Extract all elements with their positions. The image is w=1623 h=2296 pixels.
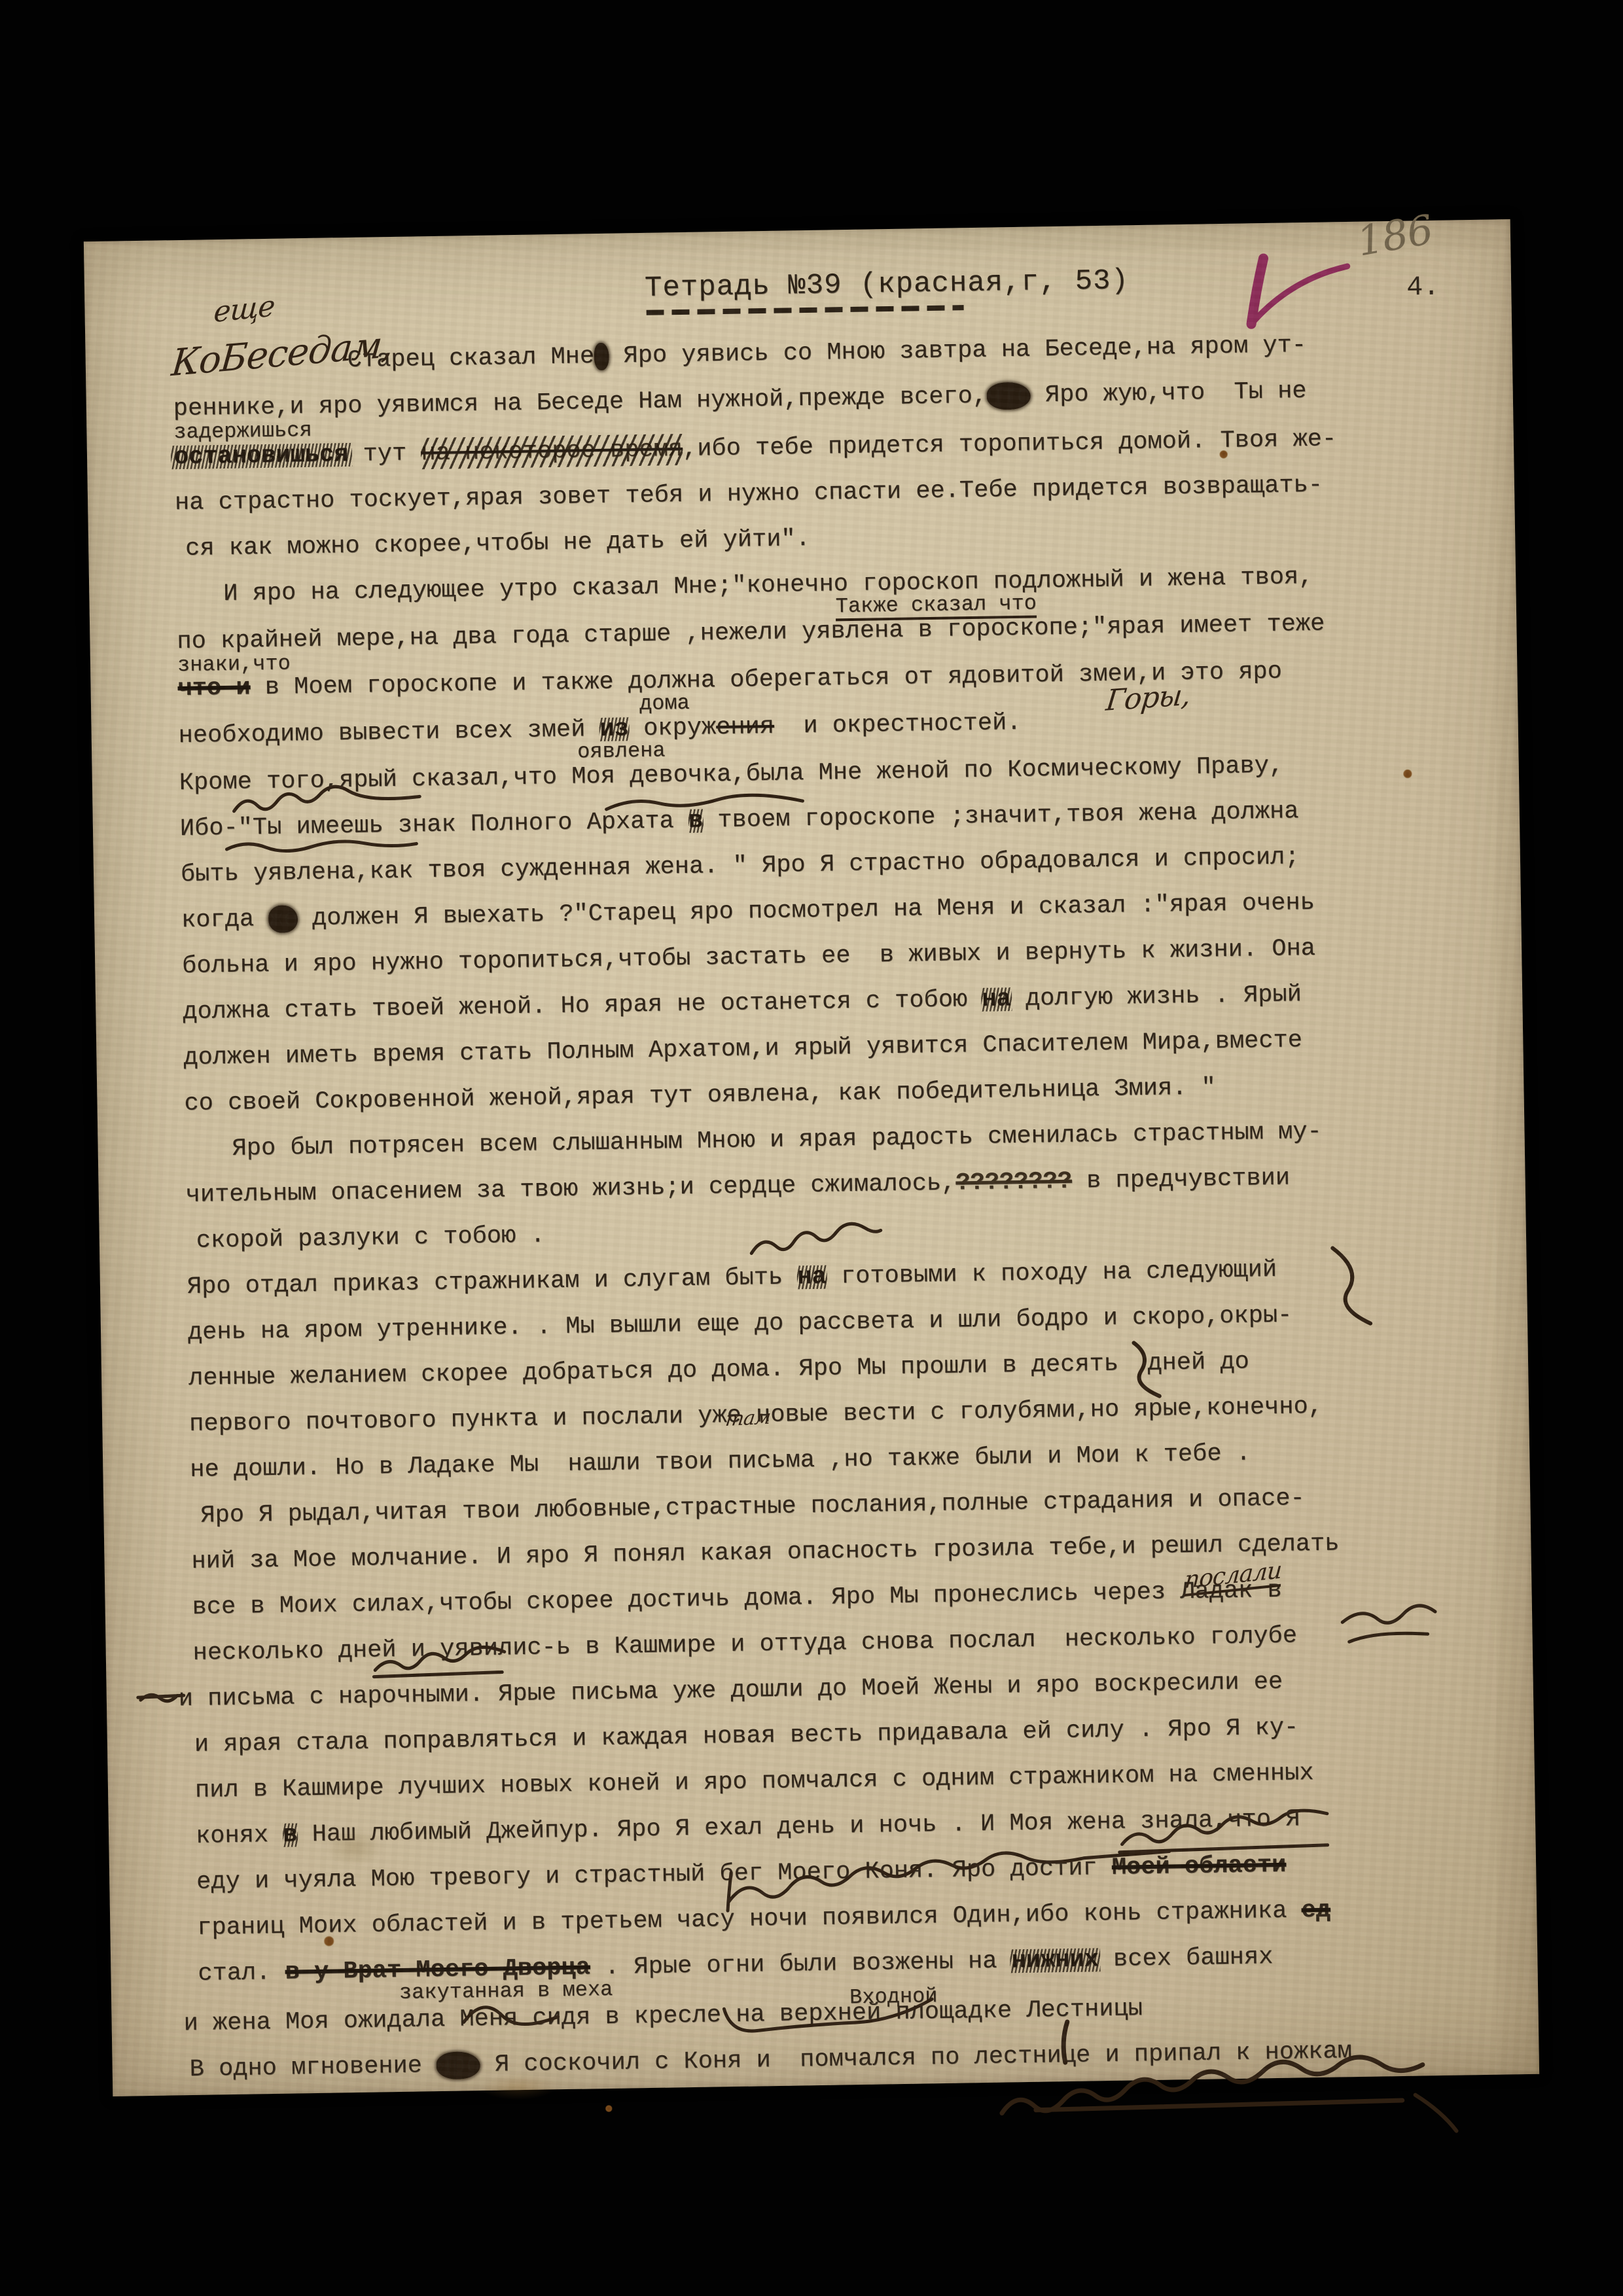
typed-line: чительным опасением за твою жизнь;и серд…	[186, 1167, 1291, 1209]
typed-text: стал.	[198, 1959, 285, 1988]
handwritten-scrawl	[723, 1861, 1215, 1915]
typed-text: должен Я выехать ?"Старец яро посмотрел …	[297, 889, 1315, 932]
typed-text: должна стать твоей женой. Но ярая не ост…	[183, 986, 982, 1026]
typed-text: И яро на следующее утро сказал Мне;"коне…	[223, 563, 1313, 608]
corrected-text: на	[797, 1263, 827, 1292]
handwritten-page-number: 186	[1353, 205, 1436, 266]
typed-line: и ярая стала поправляться и каждая новая…	[194, 1716, 1299, 1757]
typed-text: готовыми к походу на следующий	[827, 1256, 1277, 1291]
typed-text: конях	[196, 1822, 283, 1850]
typed-text: в предчувствии	[1072, 1165, 1291, 1195]
typed-line: несколько дней и уявилис-ь в Кашмире и о…	[192, 1624, 1297, 1666]
corrected-text: нижних	[1011, 1946, 1099, 1975]
typed-text: дома	[639, 691, 690, 716]
handwritten-notes-layer: ещеКоБеседам,Горы,тампослали	[84, 219, 1510, 241]
typed-text: Яро был потрясен всем слышанным Мною и я…	[232, 1118, 1322, 1163]
typed-text: не дошли. Но в Ладаке Мы нашли твои пись…	[190, 1440, 1251, 1484]
handwritten-scrawl	[720, 1992, 936, 2041]
ink-stain	[1403, 769, 1412, 779]
typed-line: задержишься	[173, 420, 312, 443]
typed-text: скорой разлуки с тобою .	[196, 1222, 545, 1254]
document-page: 186 4. Тетрадь №39 (красная,г, 53) Старе…	[84, 219, 1539, 2096]
typed-line: по крайней мере,на два года старше ,неже…	[177, 612, 1325, 655]
typed-text: по крайней мере,на два года старше ,неже…	[177, 610, 1325, 656]
typed-text: . Ярые огни были возжены на	[590, 1947, 1012, 1981]
corrected-text: ????????	[955, 1168, 1072, 1197]
handwritten-scrawl	[747, 1225, 885, 1261]
checkmark-icon	[1243, 249, 1356, 336]
typed-text: больна и яро нужно торопиться,чтобы заст…	[182, 935, 1315, 980]
typed-line: стал. в у Врат Моего Дворца . Ярые огни …	[198, 1945, 1273, 1987]
typed-line: Яро был потрясен всем слышанным Мною и я…	[232, 1120, 1322, 1161]
typed-text: Яро жую,что Ты не	[1030, 378, 1306, 410]
typed-line: Также сказал что	[836, 593, 1037, 617]
typed-text: все в Моих силах,чтобы скорее достичь до…	[192, 1577, 1282, 1621]
typed-text: на страстно тоскует,ярая зовет тебя и ну…	[175, 472, 1323, 518]
typed-line: пил в Кашмире лучших новых коней и яро п…	[195, 1761, 1314, 1803]
handwritten-scrawl	[1322, 1242, 1382, 1328]
typed-text: пил в Кашмире лучших новых коней и яро п…	[195, 1759, 1314, 1805]
typed-line: скорой разлуки с тобою .	[196, 1224, 545, 1253]
corrected-text: что	[987, 382, 1031, 410]
typed-line: дома	[639, 693, 690, 715]
typed-line: со своей Сокровенной женой,ярая тут оявл…	[184, 1076, 1216, 1116]
corrected-text: на некоторое время	[421, 436, 683, 467]
typed-text: ,ибо тебе придется торопиться домой. Тво…	[683, 425, 1337, 463]
typed-text: Яро отдал приказ стражникам и слугам быт…	[187, 1263, 798, 1301]
typed-text: реннике,и яро уявимся на Беседе Нам нужн…	[173, 383, 988, 423]
typed-text: тут	[348, 440, 421, 468]
handwritten-scrawl	[230, 786, 427, 819]
handwritten-scrawl	[135, 1685, 188, 1709]
signature-scrawl	[996, 2065, 1469, 2144]
handwritten-scrawl	[1116, 1818, 1333, 1855]
typed-line: должна стать твоей женой. Но ярая не ост…	[183, 983, 1302, 1025]
typed-line: не дошли. Но в Ладаке Мы нашли твои пись…	[190, 1442, 1251, 1483]
typed-line: оявлена	[577, 740, 666, 762]
corrected-text: в	[283, 1821, 298, 1848]
handwritten-scrawl	[1114, 1337, 1173, 1400]
handwritten-note: еще	[213, 289, 276, 329]
typed-text: должен иметь время стать Полным Архатом,…	[183, 1027, 1302, 1072]
typed-text-block: Старец сказал Мнея Яро уявись со Мною за…	[84, 219, 1510, 241]
corrected-text: на	[982, 985, 1011, 1014]
corrected-text: же	[268, 905, 298, 933]
handwritten-scrawl	[458, 1992, 563, 2028]
typed-line: все в Моих силах,чтобы скорее достичь до…	[192, 1579, 1282, 1620]
typed-page-number: 4.	[1406, 272, 1440, 304]
typed-line: и жена Моя ожидала Меня сидя в кресле на…	[183, 1997, 1143, 2036]
typed-line: реннике,и яро уявимся на Беседе Нам нужн…	[173, 380, 1307, 421]
handwritten-scrawl	[371, 1648, 509, 1680]
typed-text: чительным опасением за твою жизнь;и серд…	[185, 1170, 955, 1209]
corrected-text: я	[594, 343, 609, 370]
handwritten-scrawl	[224, 838, 420, 855]
corrected-text: яро	[437, 2051, 480, 2079]
typed-text: и ярая стала поправляться и каждая новая…	[194, 1714, 1299, 1759]
typed-line: ленные желанием скорее добраться до дома…	[188, 1351, 1249, 1391]
handwritten-note: КоБеседам,	[169, 323, 395, 385]
handwritten-scrawl	[603, 792, 806, 815]
typed-line: Яро Я рыдал,читая твои любовные,страстны…	[200, 1487, 1305, 1528]
typed-text: необходимо вывести всех змей	[178, 716, 599, 750]
typed-text: Яро уявись со Мною завтра на Беседе,на я…	[609, 332, 1306, 370]
ink-stain	[1219, 450, 1228, 459]
typed-line: должен иметь время стать Полным Архатом,…	[183, 1029, 1302, 1070]
typed-text: когда	[181, 906, 269, 934]
typed-line: когда же должен Я выехать ?"Старец яро п…	[181, 891, 1315, 933]
typed-line: больна и яро нужно торопиться,чтобы заст…	[182, 937, 1315, 979]
handwritten-note: Горы,	[1104, 679, 1192, 718]
corrected-text: ед	[1301, 1897, 1330, 1925]
typed-text: несколько дней и уявилис-ь в Кашмире и о…	[192, 1622, 1297, 1667]
handwritten-scrawl	[1053, 2019, 1080, 2066]
corrected-text: что и	[177, 674, 251, 703]
handwritten-scrawl	[1336, 1601, 1454, 1662]
handwritten-note: там	[724, 1405, 772, 1431]
ink-stains-layer	[84, 219, 1510, 241]
page-title: Тетрадь №39 (красная,г, 53)	[645, 264, 1130, 305]
typed-line: Старец сказал Мнея Яро уявись со Мною за…	[347, 334, 1306, 373]
typed-text: ленные желанием скорее добраться до дома…	[188, 1349, 1249, 1392]
typed-text: Яро Я рыдал,читая твои любовные,страстны…	[200, 1485, 1305, 1530]
typed-line: знаки,что	[177, 653, 291, 676]
typed-line: и письма с нарочными. Ярые письма уже до…	[179, 1670, 1283, 1712]
typed-text: оявлена	[577, 738, 666, 764]
typed-text: со своей Сокровенной женой,ярая тут оявл…	[184, 1074, 1216, 1118]
corrected-text: остановишься	[174, 441, 349, 471]
typed-line: на страстно тоскует,ярая зовет тебя и ну…	[175, 474, 1323, 516]
typed-text: и жена Моя ожидала Меня сидя в кресле на…	[183, 1995, 1143, 2038]
typed-text: ся как можно скорее,чтобы не дать ей уйт…	[185, 525, 810, 563]
ink-stain	[324, 1936, 334, 1947]
typed-text: всех башнях	[1099, 1943, 1274, 1973]
typed-line: остановишься тут на некоторое время,ибо …	[174, 427, 1337, 470]
typed-line: Яро отдал приказ стражникам и слугам быт…	[187, 1258, 1277, 1299]
page-scan: 186 4. Тетрадь №39 (красная,г, 53) Старе…	[0, 0, 1623, 2296]
typed-text: и окрестностей.	[774, 709, 1022, 741]
title-underline	[647, 305, 964, 315]
typed-line: И яро на следующее утро сказал Мне;"коне…	[223, 565, 1313, 607]
typed-text: ний за Мое молчание. И яро Я понял какая…	[191, 1530, 1340, 1576]
ink-stain	[605, 2105, 613, 2112]
typed-text: долгую жизнь . Ярый	[1011, 981, 1302, 1013]
typed-line: ся как можно скорее,чтобы не дать ей уйт…	[185, 527, 810, 561]
typed-text: В одно мгновение	[189, 2052, 437, 2083]
corrected-text: ения	[716, 713, 774, 741]
typed-text: задержишься	[173, 418, 312, 444]
typed-text: и письма с нарочными. Ярые письма уже до…	[179, 1669, 1283, 1714]
typed-line: ний за Мое молчание. И яро Я понял какая…	[191, 1532, 1339, 1574]
